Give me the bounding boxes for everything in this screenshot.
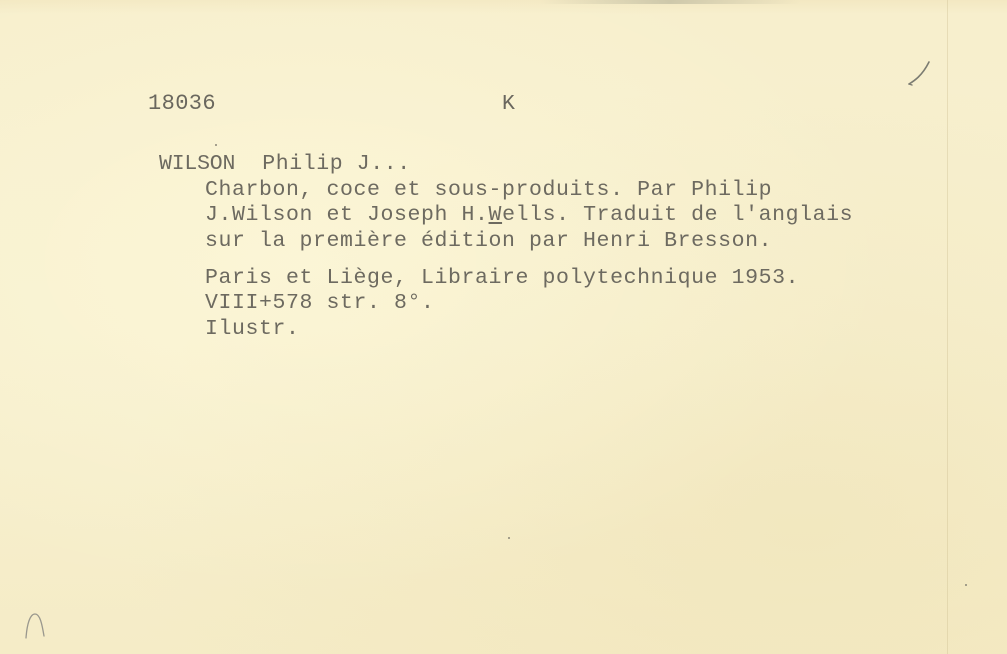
title-line-2-after: ells. Traduit de l'anglais	[502, 203, 853, 227]
card-top-edge-shadow	[540, 0, 800, 4]
author-given-name: Philip J...	[262, 152, 411, 176]
author-heading: WILSON Philip J...	[159, 151, 411, 177]
ink-speck	[965, 584, 967, 586]
card-fold-line	[947, 0, 948, 654]
catalog-card: 18036 K WILSON Philip J... Charbon, coce…	[0, 0, 1007, 654]
collation-line: VIII+578 str. 8°.	[205, 290, 435, 316]
title-line-2-before: J.Wilson et Joseph H.	[205, 203, 489, 227]
section-mark: K	[502, 91, 516, 117]
title-line-2: J.Wilson et Joseph H.Wells. Traduit de l…	[205, 202, 853, 228]
check-mark-icon	[906, 56, 934, 90]
title-line-1: Charbon, coce et sous-produits. Par Phil…	[205, 177, 772, 203]
pencil-mark-icon	[22, 606, 54, 642]
ink-speck	[215, 144, 217, 146]
author-surname: WILSON	[159, 152, 235, 176]
title-line-3: sur la première édition par Henri Bresso…	[205, 228, 772, 254]
accession-number: 18036	[148, 91, 216, 117]
illustrations-line: Ilustr.	[205, 316, 300, 342]
imprint-line: Paris et Liège, Libraire polytechnique 1…	[205, 265, 799, 291]
ink-speck	[508, 537, 510, 539]
title-line-2-underlined: W	[489, 203, 503, 227]
